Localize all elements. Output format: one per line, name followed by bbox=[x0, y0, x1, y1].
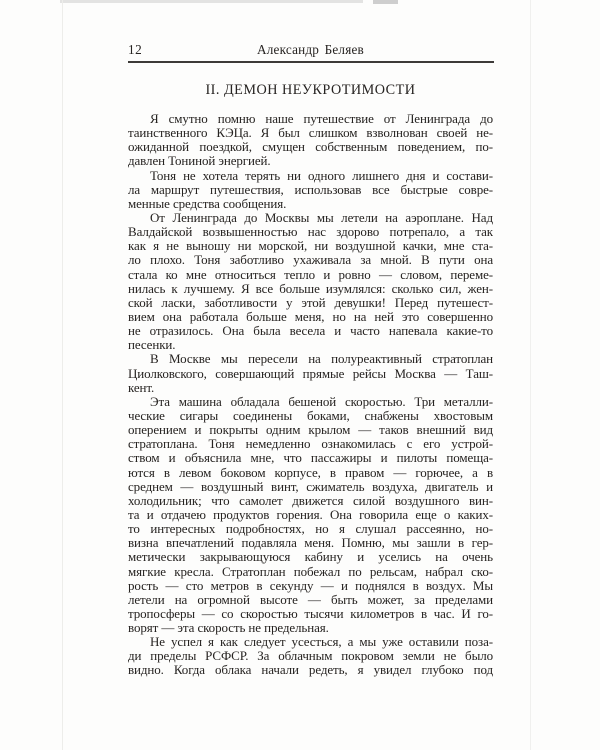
text-line: песенки. bbox=[128, 338, 493, 352]
text-line: давлен Тониной энергией. bbox=[128, 154, 493, 168]
text-line: летели на огромной высоте — быть может, … bbox=[128, 593, 493, 607]
text-line: менные средства сообщения. bbox=[128, 197, 493, 211]
text-line: среднем — воздушный винт, сжиматель возд… bbox=[128, 480, 493, 494]
text-line: ди пределы РСФСР. За облачным покровом з… bbox=[128, 649, 493, 663]
text-line: та и отдачею продуктов горения. Она гово… bbox=[128, 508, 493, 522]
text-line: ожиданной поездкой, смущен собственным п… bbox=[128, 140, 493, 154]
text-line: ются в левом боковом корпусе, в правом —… bbox=[128, 466, 493, 480]
text-line: рость — сто метров в секунду — и поднялс… bbox=[128, 579, 493, 593]
body-text: Я смутно помню наше путешествие от Ленин… bbox=[128, 112, 493, 678]
text-line: Тоня не хотела терять ни одного лишнего … bbox=[128, 169, 493, 183]
text-line: ской ласки, заботливости у этой девушки!… bbox=[128, 296, 493, 310]
page-edge-right bbox=[530, 0, 531, 750]
text-line: холодильник; что самолет движется силой … bbox=[128, 494, 493, 508]
text-line: видно. Когда облака начали редеть, я уви… bbox=[128, 663, 493, 677]
text-line: В Москве мы пересели на полуреактивный с… bbox=[128, 352, 493, 366]
scan-artifact-top-mark bbox=[373, 0, 398, 4]
text-line: нилась к лучшему. Я все больше изумлялся… bbox=[128, 282, 493, 296]
text-line: то интересных подробностях, но я слушал … bbox=[128, 522, 493, 536]
text-line: визна впечатлений подавляла меня. Помню,… bbox=[128, 536, 493, 550]
scan-artifact-top-edge bbox=[60, 0, 363, 3]
text-line: оперением и покрыты одним крылом — таков… bbox=[128, 423, 493, 437]
text-line: Эта машина обладала бешеной скоростью. Т… bbox=[128, 395, 493, 409]
text-line: кент. bbox=[128, 381, 493, 395]
text-line: мягкие кресла. Стратоплан побежал по рел… bbox=[128, 565, 493, 579]
chapter-title: II. ДЕМОН НЕУКРОТИМОСТИ bbox=[128, 82, 493, 99]
text-line: ческие сигары соединены боками, снабжены… bbox=[128, 409, 493, 423]
text-line: не отразилось. Она была весела и часто н… bbox=[128, 324, 493, 338]
text-line: метически закрывающуюся кабину и уселись… bbox=[128, 550, 493, 564]
text-line: вием она работала больше меня, но на ней… bbox=[128, 310, 493, 324]
text-line: как я не выношу ни морской, ни воздушной… bbox=[128, 239, 493, 253]
header-rule bbox=[128, 61, 494, 63]
text-line: таинственного КЭЦа. Я был слишком взволн… bbox=[128, 126, 493, 140]
text-line: Не успел я как следует усесться, а мы уж… bbox=[128, 635, 493, 649]
text-line: ла маршрут путешествия, использовав все … bbox=[128, 183, 493, 197]
text-line: Я смутно помню наше путешествие от Ленин… bbox=[128, 112, 493, 126]
text-line: стала ко мне относиться тепло и ровно — … bbox=[128, 268, 493, 282]
page-header: 12 Александр Беляев bbox=[128, 43, 493, 59]
text-line: Валдайской возвышенностью нас здорово по… bbox=[128, 225, 493, 239]
text-line: тропосферы — со скоростью тысячи километ… bbox=[128, 607, 493, 621]
page-edge-left bbox=[62, 0, 63, 750]
text-line: стратоплана. Тоня немедленно ознакомилас… bbox=[128, 437, 493, 451]
text-line: От Ленинграда до Москвы мы летели на аэр… bbox=[128, 211, 493, 225]
book-page: 12 Александр Беляев II. ДЕМОН НЕУКРОТИМО… bbox=[0, 0, 600, 750]
running-header: Александр Беляев bbox=[128, 43, 493, 57]
text-line: ло плохо. Тоня заботливо ухаживала за мн… bbox=[128, 253, 493, 267]
text-line: ворят — эта скорость не предельная. bbox=[128, 621, 493, 635]
text-line: ством и объяснила мне, что пассажиры и п… bbox=[128, 451, 493, 465]
text-line: Циолковского, совершающий прямые рейсы М… bbox=[128, 367, 493, 381]
